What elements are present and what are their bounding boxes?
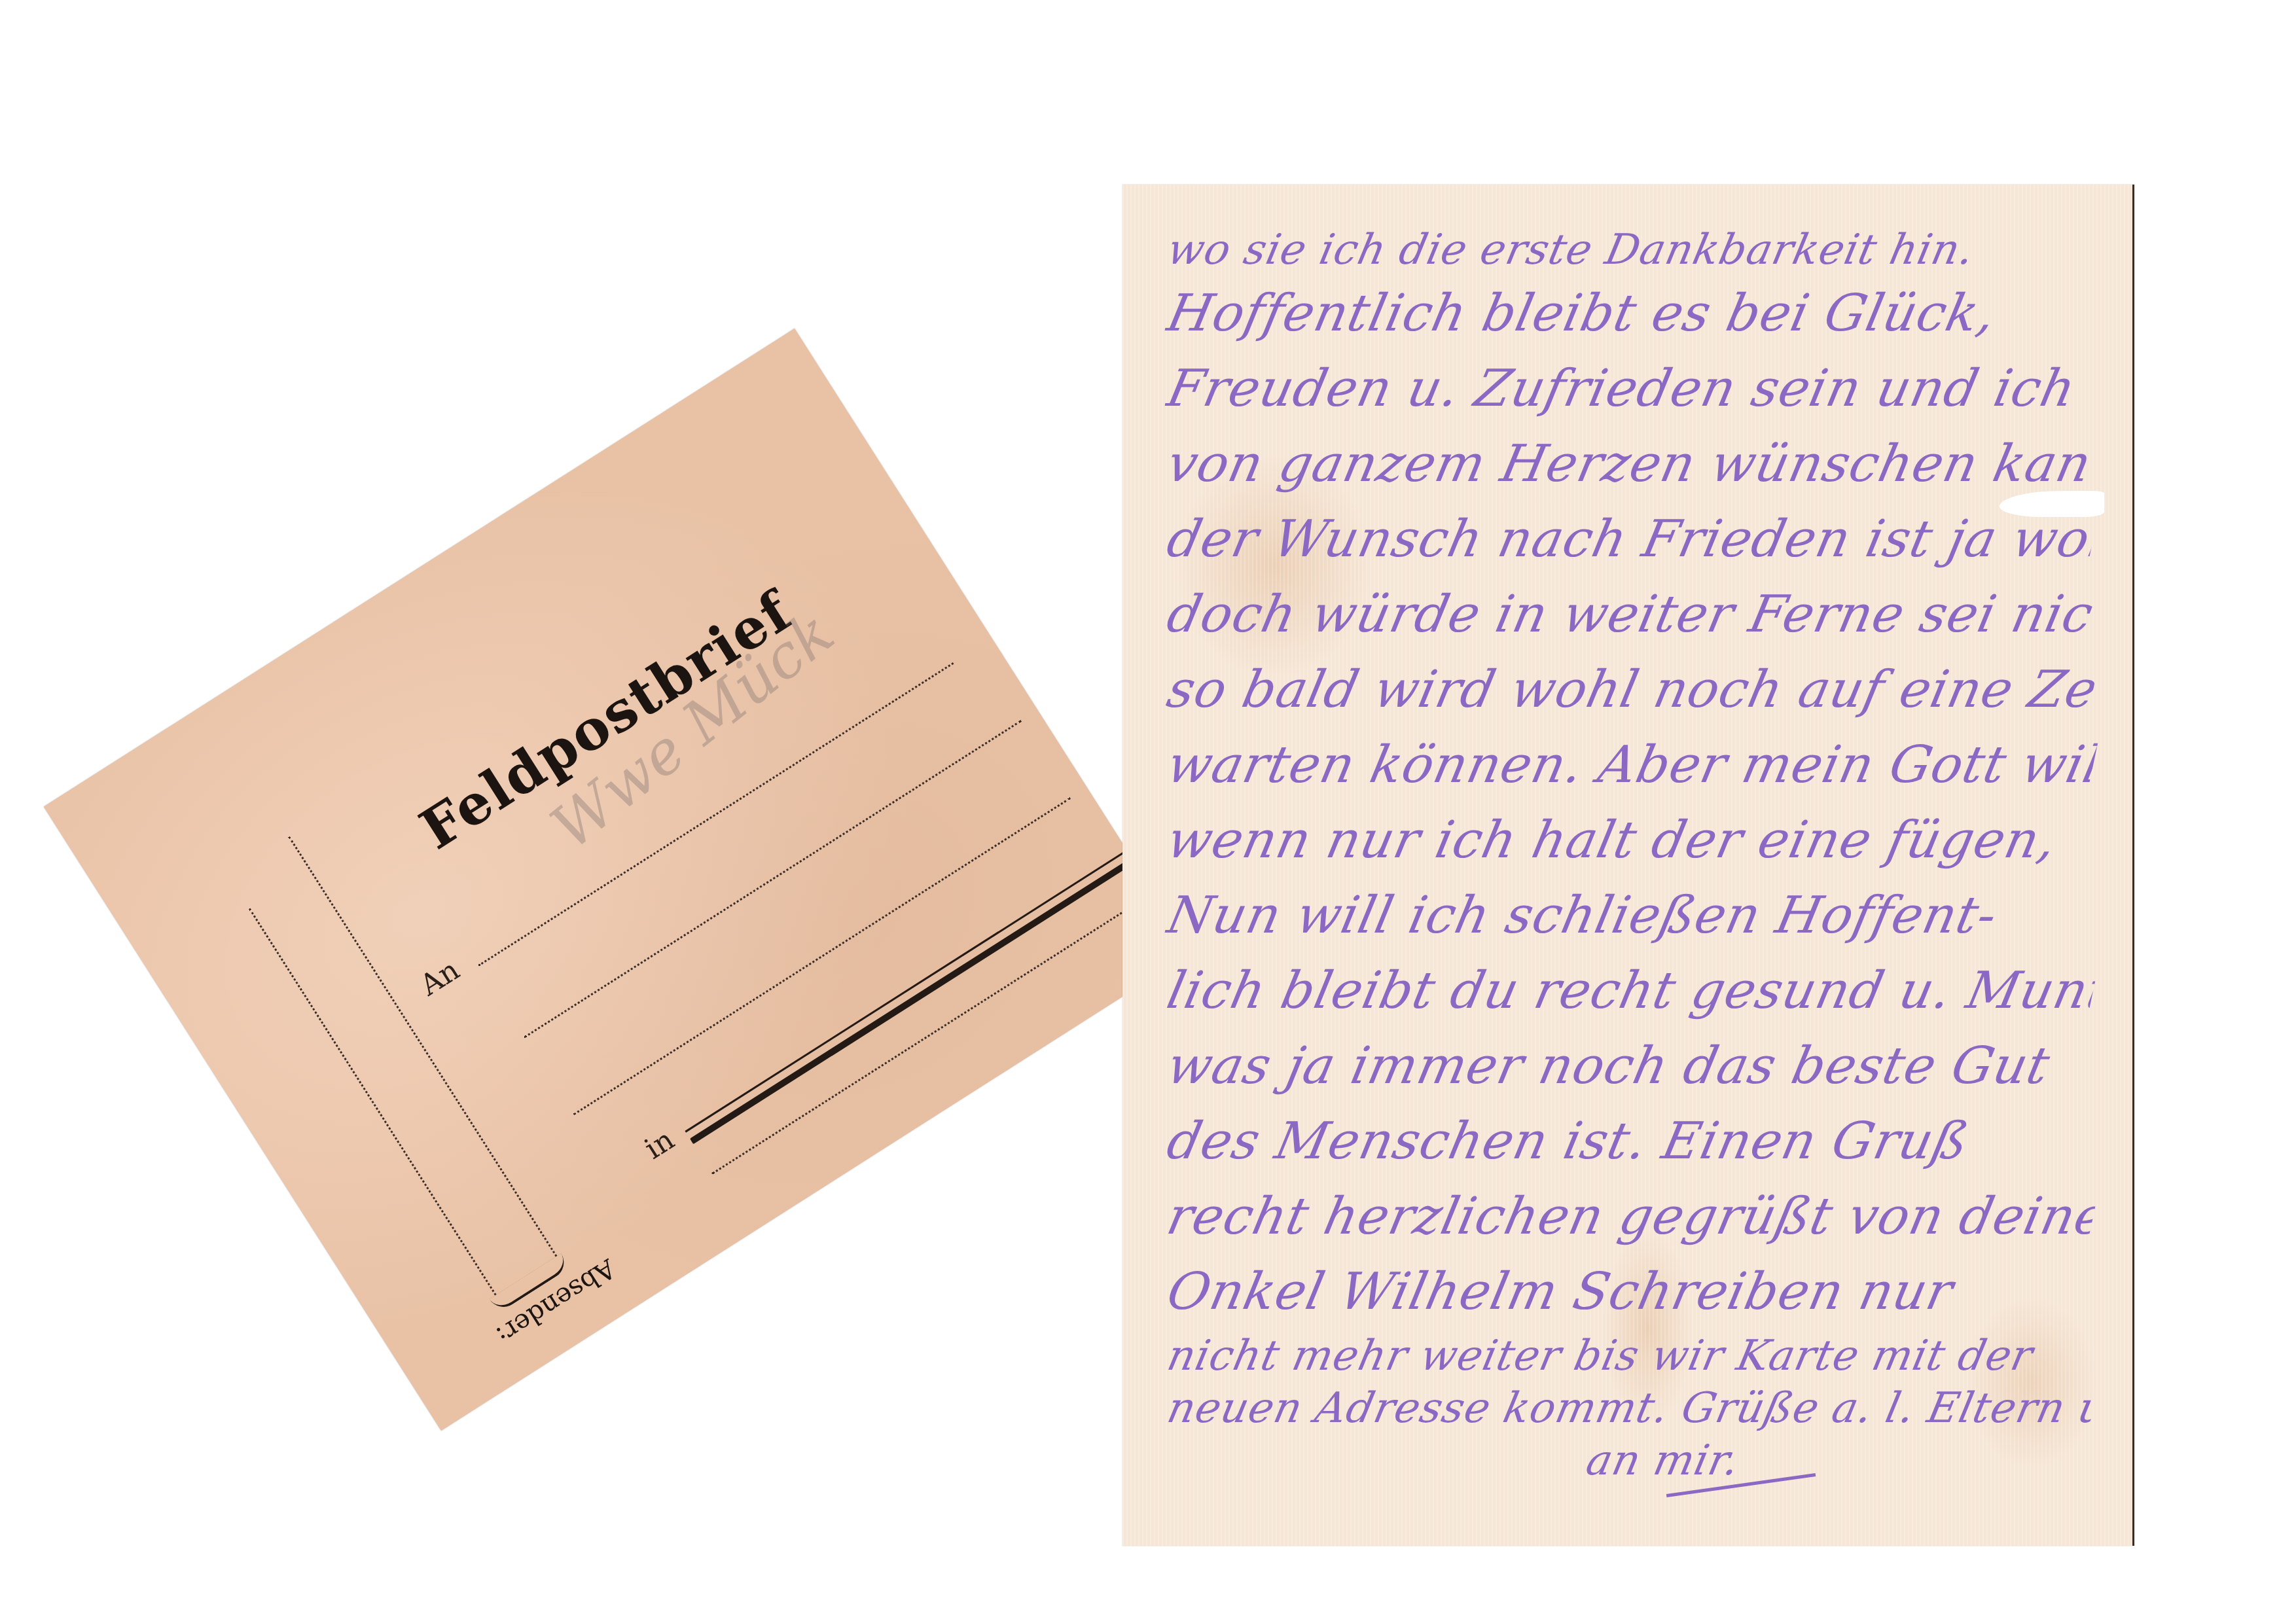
recipient-label: An bbox=[414, 953, 465, 1002]
letter-line: des Menschen ist. Einen Gruß bbox=[1160, 1104, 2101, 1179]
sender-line-2 bbox=[288, 836, 557, 1257]
letter-line: nicht mehr weiter bis wir Karte mit der bbox=[1162, 1330, 2098, 1382]
letter-line: warten können. Aber mein Gott will bbox=[1160, 728, 2101, 803]
letter-line: doch würde in weiter Ferne sei nicht bbox=[1160, 577, 2101, 652]
letter-line: so bald wird wohl noch auf eine Zeit bbox=[1160, 652, 2101, 728]
handwritten-letter: wo sie ich die erste Dankbarkeit hin. Ho… bbox=[1122, 185, 2134, 1546]
feldpost-envelope: Feldpostbrief Wwe Mück An in Absender: bbox=[44, 329, 1192, 1431]
letter-line: neuen Adresse kommt. Grüße a. l. Eltern … bbox=[1162, 1382, 2098, 1435]
letter-body: wo sie ich die erste Dankbarkeit hin. Ho… bbox=[1168, 224, 2093, 1487]
letter-line: an mir. bbox=[1162, 1435, 2098, 1487]
location-label: in bbox=[639, 1123, 680, 1166]
location-heavy-rule bbox=[690, 857, 1135, 1144]
letter-line: Nun will ich schließen Hoffent- bbox=[1160, 878, 2101, 954]
letter-line: der Wunsch nach Frieden ist ja wohl bbox=[1160, 502, 2101, 577]
letter-line: recht herzlichen gegrüßt von deinem bbox=[1160, 1179, 2101, 1255]
letter-line: von ganzem Herzen wünschen kann bbox=[1160, 427, 2101, 502]
letter-line: wenn nur ich halt der eine fügen, bbox=[1160, 803, 2101, 878]
letter-line: wo sie ich die erste Dankbarkeit hin. bbox=[1162, 224, 2098, 276]
letter-line: Freuden u. Zufrieden sein und ich bbox=[1160, 351, 2101, 427]
letter-line-signature: Onkel Wilhelm Schreiben nur bbox=[1160, 1255, 2101, 1330]
letter-line: Hoffentlich bleibt es bei Glück, bbox=[1160, 276, 2101, 351]
address-line-3 bbox=[573, 797, 1071, 1115]
letter-line: was ja immer noch das beste Gut bbox=[1160, 1029, 2101, 1104]
address-line-4 bbox=[711, 899, 1143, 1175]
letter-line: lich bleibt du recht gesund u. Munter bbox=[1160, 954, 2101, 1029]
